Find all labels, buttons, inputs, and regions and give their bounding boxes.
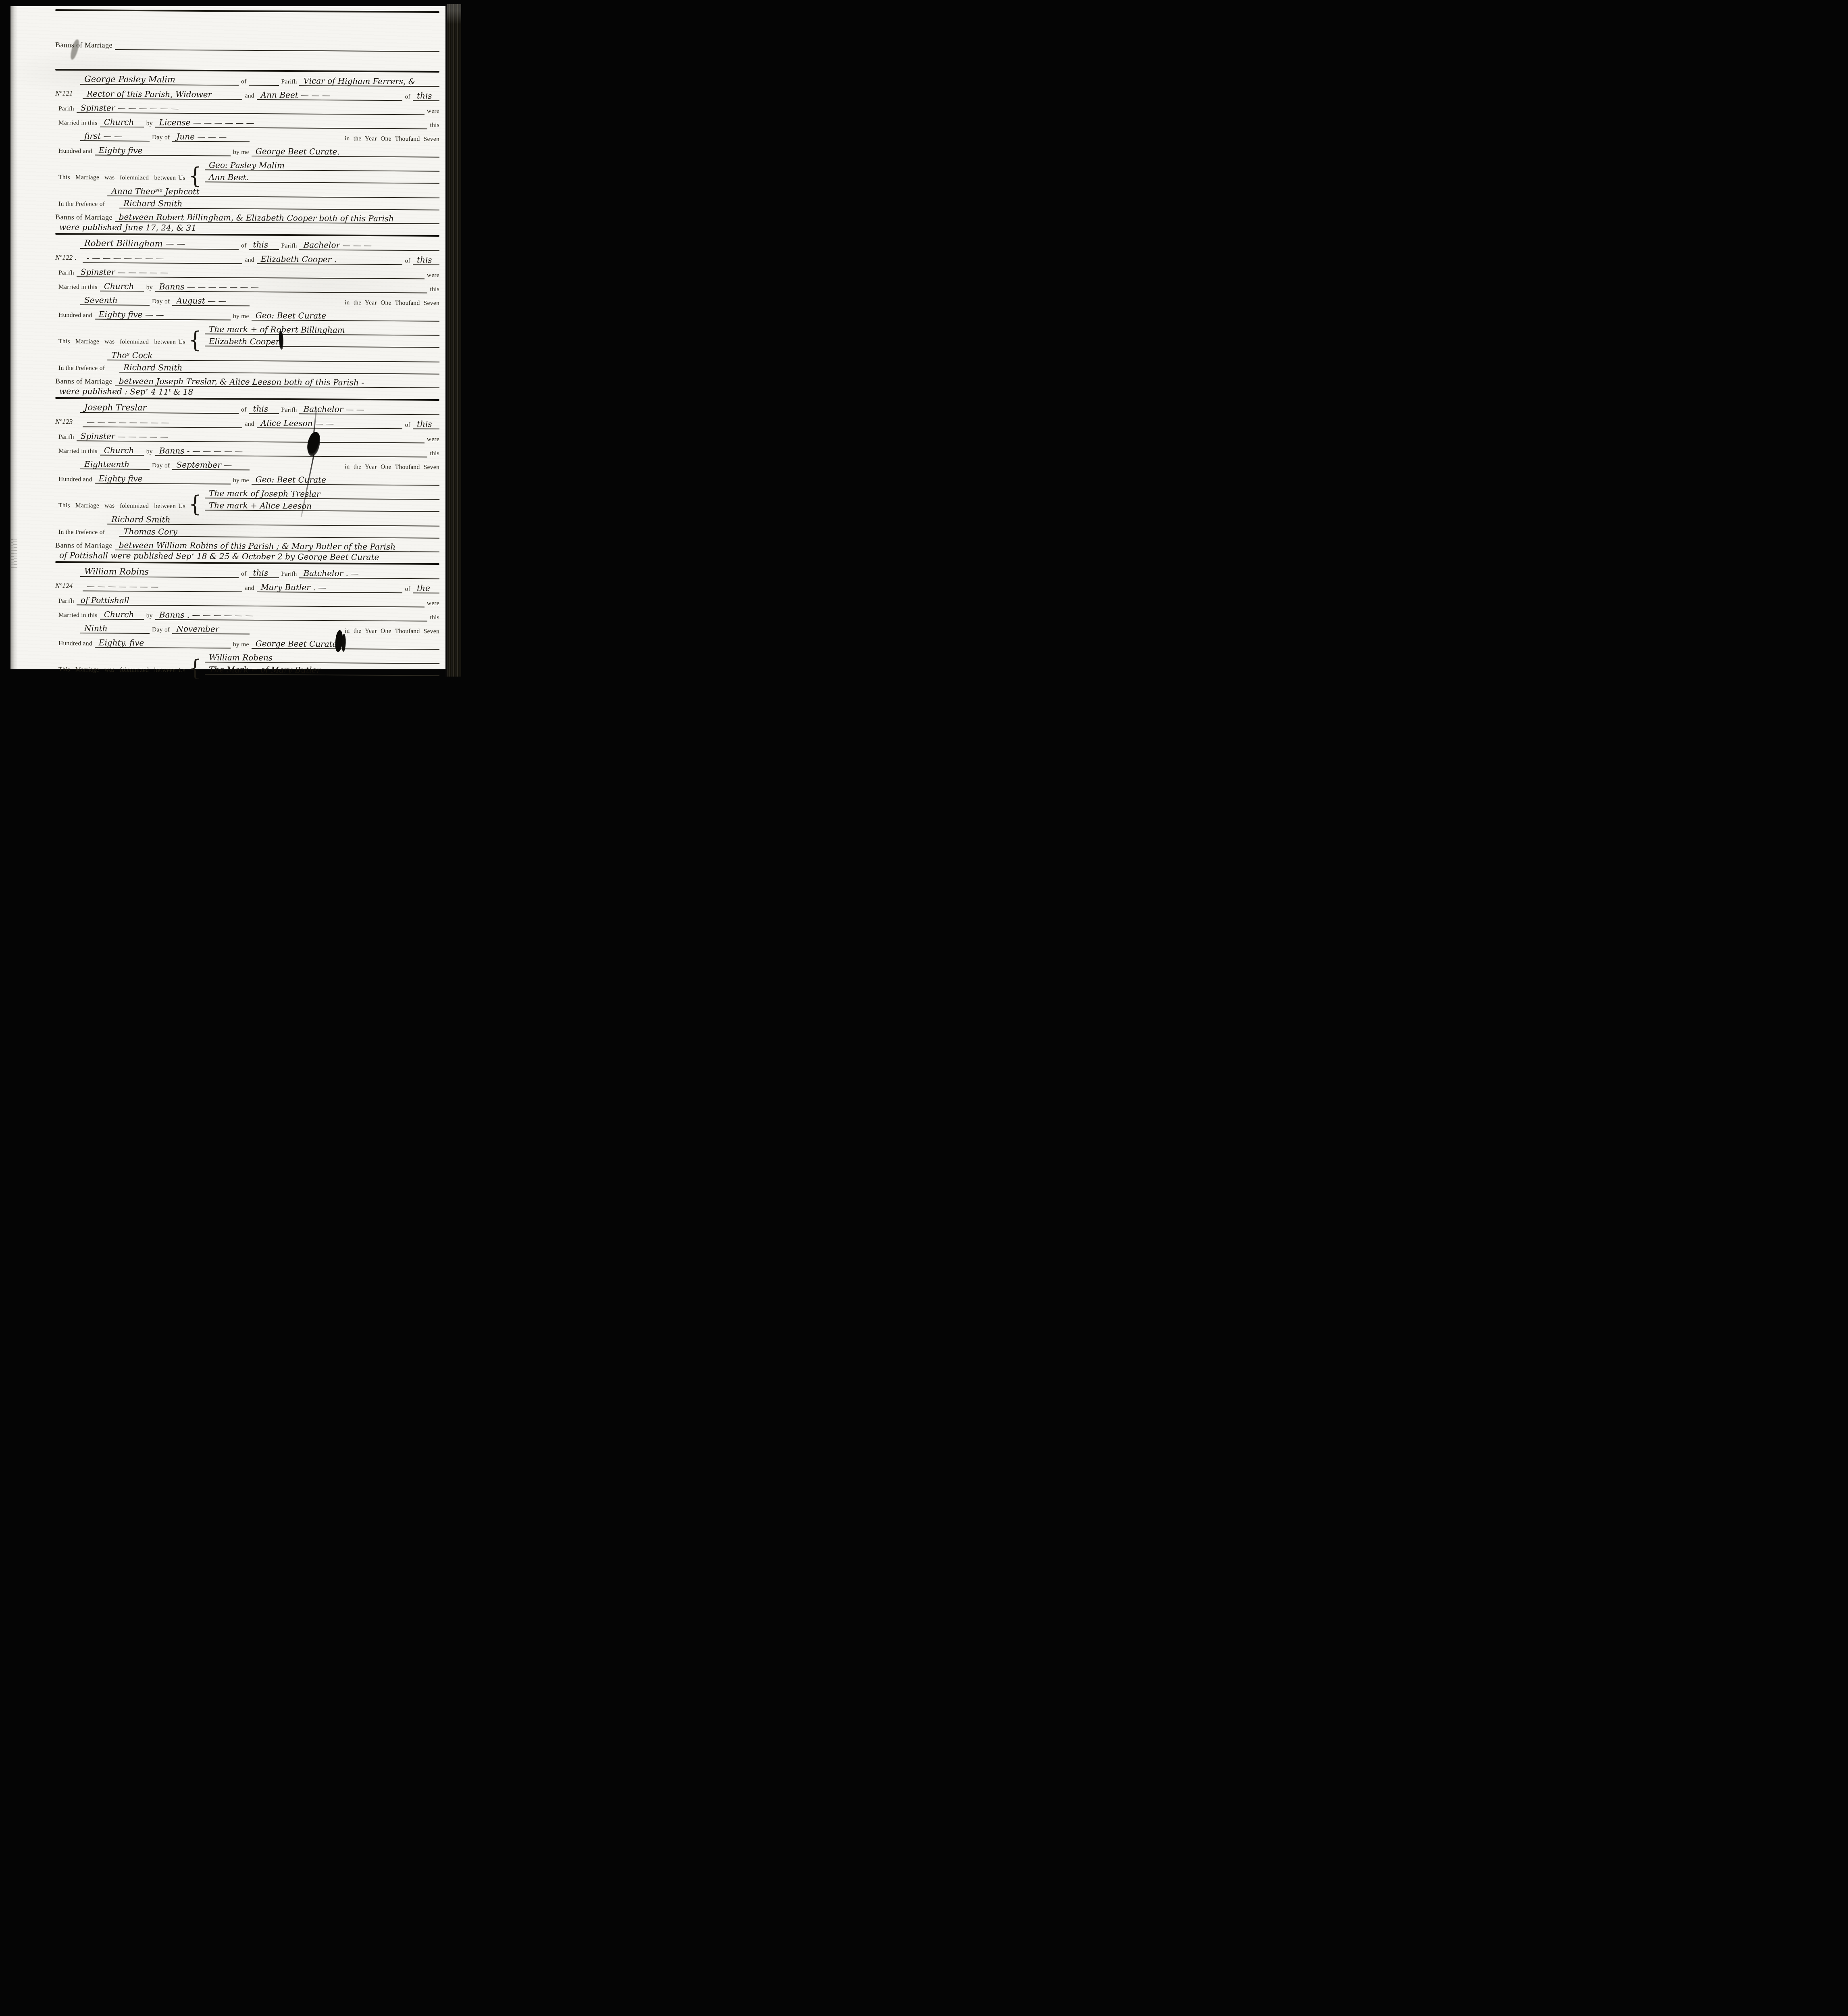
- married-place-fill: Church: [100, 446, 144, 456]
- groom-name: Joseph Treslar: [80, 403, 239, 414]
- officiant-signature: George Beet Curate: [252, 639, 439, 650]
- groom-of-fill: this: [249, 240, 279, 250]
- officiant-signature: George Beet Curate.: [252, 147, 439, 158]
- and-label: and: [245, 92, 254, 100]
- married-in-this-label: Married in this: [58, 612, 98, 620]
- were-label: were: [427, 600, 439, 608]
- banns-of-marriage-label: Banns of Marriage: [55, 213, 112, 222]
- marriage-day-fill: Eighteenth: [80, 460, 150, 470]
- groom-signature: William Robens: [205, 652, 439, 664]
- bride-of-fill: this: [413, 419, 439, 429]
- of-label: of: [405, 586, 410, 594]
- married-place-fill: Church: [100, 118, 144, 128]
- year-line-label: in the Year One Thouſand Seven: [345, 300, 439, 308]
- parish-label: Pariſh: [281, 79, 297, 86]
- solemnized-label: This Marriage was ſolemnized between: [58, 174, 176, 182]
- this-label: this: [430, 614, 439, 622]
- bride-of-fill: this: [413, 91, 439, 101]
- by-label: by: [146, 120, 153, 128]
- hundred-and-label: Hundred and: [58, 476, 92, 484]
- groom-description: — — — — — — — —: [83, 417, 243, 428]
- banns-published-text: were published June 17, 24, & 31: [55, 223, 439, 234]
- marriage-year-fill: Eighty five — —: [95, 310, 231, 321]
- entry-divider-rule: [55, 397, 439, 401]
- bride-signature: Ann Beet.: [205, 171, 439, 184]
- parish-label: Pariſh: [281, 243, 297, 250]
- entry-divider-rule: [55, 561, 439, 565]
- parish-label: Pariſh: [58, 434, 74, 442]
- register-page: Banns of Marriage George Pasley Malim of…: [10, 6, 449, 669]
- banns-published-text: were published : Sepʳ 4 11ᵗ & 18: [55, 387, 439, 398]
- entry-number: Nº122 .: [55, 254, 80, 263]
- banns-couple-text: between William Robins of this Parish ; …: [115, 541, 439, 552]
- witness-signature-2: Thomas Cory: [119, 526, 439, 539]
- hundred-and-label: Hundred and: [58, 640, 92, 648]
- this-label: this: [430, 286, 439, 294]
- married-by-fill: Banns . — — — — — —: [155, 610, 428, 621]
- officiant-signature: Geo: Beet Curate: [252, 311, 439, 322]
- by-me-label: by me: [233, 313, 249, 321]
- and-label: and: [245, 585, 254, 592]
- year-line-label: in the Year One Thouſand Seven: [345, 628, 439, 636]
- parish-label: Pariſh: [58, 106, 74, 113]
- banns-of-marriage-label: Banns of Marriage: [55, 377, 112, 386]
- year-line-label: in the Year One Thouſand Seven: [345, 135, 439, 144]
- groom-name: Robert Billingham — —: [80, 239, 239, 250]
- solemnized-label: This Marriage was ſolemnized between: [58, 338, 176, 346]
- banns-couple-text: [115, 40, 439, 52]
- bride-name: Alice Leeson — —: [257, 419, 403, 429]
- banns-published-text: of Pottishall were published Sepʳ 18 & 2…: [55, 551, 439, 562]
- were-label: were: [427, 108, 439, 115]
- by-label: by: [146, 284, 153, 292]
- married-in-this-label: Married in this: [58, 120, 98, 127]
- of-label: of: [241, 571, 247, 578]
- bride-signature: The mark + Alice Leeson: [205, 500, 439, 512]
- day-of-label: Day of: [152, 462, 170, 470]
- of-label: of: [405, 422, 410, 429]
- bride-name: Ann Beet — — —: [257, 90, 403, 101]
- groom-description: — — — — — — —: [83, 581, 243, 592]
- parish-label: Pariſh: [281, 407, 297, 414]
- of-label: of: [405, 94, 410, 101]
- marriage-register-entry: Banns of Marriage between Robert Billing…: [55, 212, 439, 372]
- marriage-year-fill: Eighty. five: [95, 638, 231, 649]
- of-label: of: [241, 242, 247, 250]
- marriage-month-fill: June — — —: [172, 132, 250, 142]
- entry-divider-rule: [55, 69, 439, 73]
- by-me-label: by me: [233, 641, 249, 649]
- couple-signatures: William Robens The Mark ⌐ of Mary Butler: [205, 652, 439, 676]
- marriage-month-fill: September —: [172, 460, 250, 470]
- groom-parish-text: Batchelor . —: [299, 569, 439, 579]
- presence-label: In the Preſence of: [58, 201, 105, 208]
- witness-signature-1: Thoˢ Cock: [107, 350, 439, 362]
- and-label: and: [245, 421, 254, 428]
- groom-signature: Geo: Pasley Malim: [205, 159, 439, 172]
- bride-name: Mary Butler . —: [257, 583, 403, 593]
- witness-signature-1: Anna Theoˢⁱᵃ Jephcott: [107, 185, 439, 198]
- solemnized-label: This Marriage was ſolemnized between: [58, 666, 176, 675]
- hundred-and-label: Hundred and: [58, 312, 92, 320]
- this-label: this: [430, 122, 439, 129]
- marriage-year-fill: Eighty five: [95, 146, 231, 156]
- presence-label: In the Preſence of: [58, 365, 105, 373]
- groom-signature: The mark of Joseph Treslar: [205, 487, 439, 500]
- of-label: of: [241, 406, 247, 414]
- solemnized-label: This Marriage was ſolemnized between: [58, 502, 176, 510]
- parish-label: Pariſh: [58, 270, 74, 277]
- bride-condition: Spinster — — — — — —: [77, 103, 425, 115]
- marriage-month-fill: November: [172, 624, 250, 634]
- groom-signature: The mark + of Robert Billingham: [205, 323, 439, 336]
- married-by-fill: Banns — — — — — — —: [155, 282, 428, 293]
- witness-signatures: Thoˢ Cock Richard Smith: [107, 350, 439, 375]
- by-me-label: by me: [233, 149, 249, 156]
- day-of-label: Day of: [152, 627, 170, 634]
- banns-of-marriage-label: Banns of Marriage: [55, 541, 112, 550]
- married-in-this-label: Married in this: [58, 284, 98, 292]
- entry-number: Nº121: [55, 90, 80, 99]
- entry-number: Nº124: [55, 582, 80, 591]
- hundred-and-label: Hundred and: [58, 148, 92, 156]
- us-label: Us: [178, 503, 185, 510]
- parish-label: Pariſh: [58, 598, 74, 606]
- brace-glyph: {: [189, 330, 202, 350]
- banns-of-marriage-label: Banns of Marriage: [55, 41, 112, 50]
- were-label: were: [427, 272, 439, 279]
- us-label: Us: [178, 667, 185, 675]
- groom-description: Rector of this Parish, Widower: [83, 89, 243, 100]
- groom-parish-text: Batchelor — —: [299, 404, 439, 415]
- marriage-register-entry: Banns of Marriage George Pasley Malim of…: [55, 40, 439, 208]
- bride-of-fill: the: [413, 583, 439, 593]
- and-label: and: [245, 256, 254, 264]
- groom-parish-text: Vicar of Higham Ferrers, &: [299, 76, 439, 87]
- bride-signature: The Mark ⌐ of Mary Butler: [205, 664, 439, 676]
- entry-number: Nº123: [55, 418, 80, 427]
- witness-signatures: Richard Smith Thomas Cory: [107, 514, 439, 539]
- witness-signatures: William Wright Richard Smith: [107, 678, 439, 679]
- by-me-label: by me: [233, 477, 249, 485]
- marriage-register-entry: Banns of Marriage between William Robins…: [55, 540, 439, 679]
- couple-signatures: The mark + of Robert Billingham Elizabet…: [205, 323, 439, 348]
- of-label: of: [241, 78, 247, 86]
- groom-parish-text: Bachelor — — —: [299, 240, 439, 251]
- groom-of-fill: this: [249, 404, 279, 414]
- witness-signatures: Anna Theoˢⁱᵃ Jephcott Richard Smith: [107, 185, 439, 210]
- married-by-fill: Banns - — — — — —: [155, 446, 428, 457]
- bride-condition: of Pottishall: [77, 596, 425, 607]
- were-label: were: [427, 436, 439, 444]
- married-place-fill: Church: [100, 610, 144, 620]
- by-label: by: [146, 448, 153, 456]
- bride-condition: Spinster — — — — —: [77, 267, 425, 279]
- bride-condition: Spinster — — — — —: [77, 431, 425, 443]
- bride-of-fill: this: [413, 255, 439, 265]
- married-by-fill: License — — — — — —: [155, 118, 428, 129]
- groom-of-fill: this: [249, 569, 279, 578]
- witness-signature-2: Richard Smith: [119, 362, 439, 375]
- marriage-day-fill: Ninth: [80, 624, 150, 634]
- bride-signature: Elizabeth Cooper: [205, 335, 439, 348]
- groom-name: George Pasley Malim: [80, 75, 239, 85]
- witness-signature-1: Richard Smith: [107, 514, 439, 527]
- married-place-fill: Church: [100, 282, 144, 292]
- marriage-year-fill: Eighty five: [95, 474, 231, 485]
- couple-signatures: The mark of Joseph Treslar The mark + Al…: [205, 487, 439, 512]
- brace-glyph: {: [189, 494, 202, 514]
- officiant-signature: Geo: Beet Curate: [252, 475, 439, 486]
- parish-label: Pariſh: [281, 571, 297, 579]
- us-label: Us: [178, 339, 185, 346]
- banns-couple-text: between Robert Billingham, & Elizabeth C…: [115, 212, 439, 224]
- brace-glyph: {: [189, 166, 202, 185]
- entry-divider-rule: [55, 233, 439, 237]
- scanned-register-photo: { "colors": { "ink": "#17130d", "paper":…: [0, 0, 462, 679]
- by-label: by: [146, 612, 153, 620]
- witness-signature-2: Richard Smith: [119, 198, 439, 210]
- brace-glyph: {: [189, 658, 202, 678]
- this-label: this: [430, 450, 439, 458]
- us-label: Us: [178, 175, 185, 182]
- groom-of-fill: [249, 76, 279, 86]
- presence-label: In the Preſence of: [58, 529, 105, 537]
- groom-description: - — — — — — — —: [83, 253, 243, 264]
- entries-list: Banns of Marriage George Pasley Malim of…: [55, 40, 439, 679]
- day-of-label: Day of: [152, 134, 170, 142]
- marriage-month-fill: August — —: [172, 296, 250, 306]
- of-label: of: [405, 258, 410, 265]
- married-in-this-label: Married in this: [58, 448, 98, 456]
- bride-name: Elizabeth Cooper .: [257, 254, 403, 265]
- top-rule: [55, 9, 439, 13]
- marriage-register-entry: Banns of Marriage between Joseph Treslar…: [55, 376, 439, 536]
- groom-name: William Robins: [80, 567, 239, 578]
- year-line-label: in the Year One Thouſand Seven: [345, 464, 439, 472]
- banns-couple-text: between Joseph Treslar, & Alice Leeson b…: [115, 377, 439, 388]
- marriage-day-fill: Seventh: [80, 296, 150, 306]
- marriage-day-fill: first — —: [80, 131, 150, 142]
- day-of-label: Day of: [152, 298, 170, 306]
- page-content: Banns of Marriage George Pasley Malim of…: [10, 6, 449, 679]
- couple-signatures: Geo: Pasley Malim Ann Beet.: [205, 159, 439, 184]
- witness-signature-1: William Wright: [107, 678, 439, 679]
- book-page-edges: [445, 4, 461, 677]
